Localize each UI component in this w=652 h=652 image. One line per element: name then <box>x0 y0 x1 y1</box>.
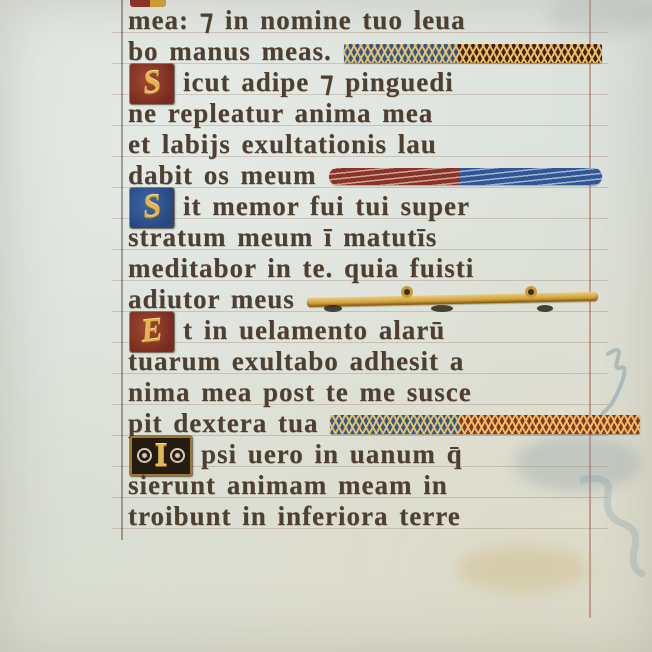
text-line: bo manus meas. <box>128 36 602 67</box>
text-line: et labijs exultationis lau <box>128 129 602 160</box>
line-text: pit dextera tua <box>128 408 318 439</box>
text-line: ne repleatur anima mea <box>128 98 602 129</box>
gold-branch-bar <box>307 291 598 306</box>
text-line: pit dextera tua <box>128 408 602 439</box>
line-text: tuarum exultabo adhesit a <box>128 346 464 377</box>
text-line: mea: ⁊ in nomine tuo leua <box>128 5 602 36</box>
text-line: stratum meum ī matutīs <box>128 222 602 253</box>
line-text: nima mea post te me susce <box>128 377 472 408</box>
stain-yellow <box>455 545 590 593</box>
line-text: et labijs exultationis lau <box>128 129 437 160</box>
line-text: icut adipe ⁊ pinguedi <box>183 67 454 98</box>
text-line: troibunt in inferiora terre <box>128 501 602 532</box>
line-text: dabit os meum <box>128 160 317 191</box>
text-line: tuarum exultabo adhesit a <box>128 346 602 377</box>
branch-shadow <box>324 305 342 312</box>
line-filler-lattice <box>344 44 602 63</box>
text-line: meditabor in te. quia fuisti <box>128 253 602 284</box>
line-text: meditabor in te. quia fuisti <box>128 253 474 284</box>
manuscript-page: mea: ⁊ in nomine tuo leua bo manus meas.… <box>0 0 652 652</box>
left-ruling-line <box>121 0 123 540</box>
line-text: adiutor meus <box>128 284 295 315</box>
scrollwork-ornament <box>170 448 185 463</box>
scrollwork-ornament <box>137 448 152 463</box>
line-text: stratum meum ī matutīs <box>128 222 437 253</box>
text-block: mea: ⁊ in nomine tuo leua bo manus meas.… <box>128 5 602 532</box>
initial-letter: S <box>141 66 163 101</box>
text-line: E t in uelamento alarū <box>128 315 602 346</box>
branch-ring <box>401 286 413 298</box>
initial-letter: I <box>154 439 167 473</box>
text-line: dabit os meum <box>128 160 602 191</box>
branch-ring <box>525 286 537 298</box>
branch-shadow <box>431 305 453 312</box>
line-filler-wave <box>329 168 602 185</box>
line-text: it memor fui tui super <box>183 191 470 222</box>
initial-letter: E <box>139 314 164 349</box>
line-text: t in uelamento alarū <box>183 315 445 346</box>
text-line: adiutor meus <box>128 284 602 315</box>
text-line: I psi uero in uanum q̄ <box>128 439 602 470</box>
line-filler-lattice <box>330 415 640 434</box>
text-line: sierunt animam meam in <box>128 470 602 501</box>
line-text: bo manus meas. <box>128 36 332 67</box>
line-text: psi uero in uanum q̄ <box>201 439 463 470</box>
line-text: troibunt in inferiora terre <box>128 501 461 532</box>
line-text: mea: ⁊ in nomine tuo leua <box>128 5 466 36</box>
line-text: ne repleatur anima mea <box>128 98 433 129</box>
line-filler-branch <box>307 286 602 314</box>
text-line: S it memor fui tui super <box>128 191 602 222</box>
text-line: nima mea post te me susce <box>128 377 602 408</box>
branch-shadow <box>537 305 553 312</box>
initial-letter: S <box>141 190 163 225</box>
line-text: sierunt animam meam in <box>128 470 448 501</box>
text-line: S icut adipe ⁊ pinguedi <box>128 67 602 98</box>
